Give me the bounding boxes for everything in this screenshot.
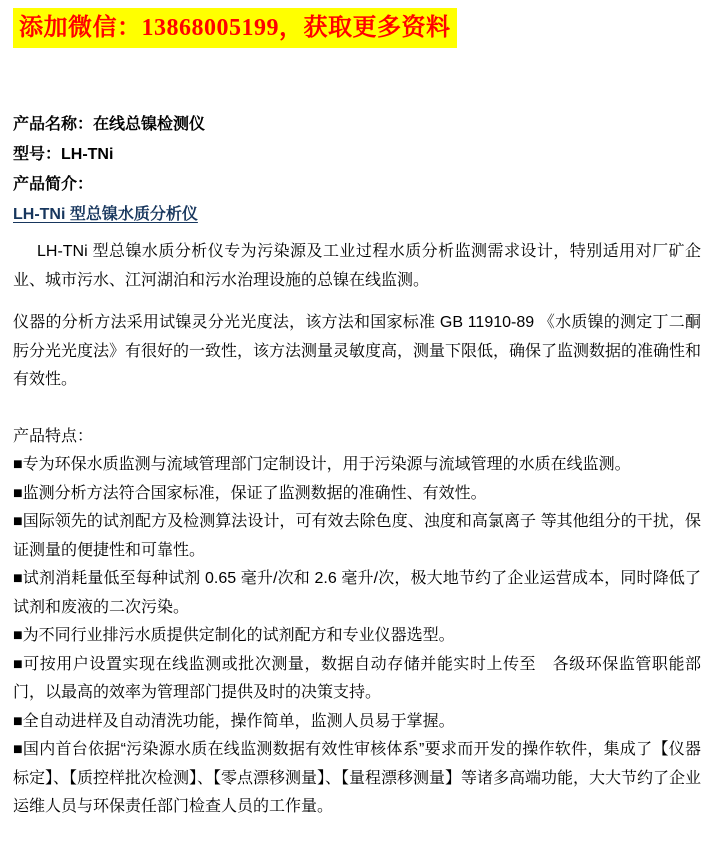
document-content: 产品名称：在线总镍检测仪 型号：LH-TNi 产品简介： LH-TNi 型总镍水… — [13, 110, 701, 822]
feature-item: ■国际领先的试剂配方及检测算法设计，可有效去除色度、浊度和高氯离子 等其他组分的… — [13, 508, 701, 565]
features-label: 产品特点： — [13, 423, 701, 452]
feature-item: ■监测分析方法符合国家标准，保证了监测数据的准确性、有效性。 — [13, 480, 701, 509]
feature-item: ■为不同行业排污水质提供定制化的试剂配方和专业仪器选型。 — [13, 622, 701, 651]
method-paragraph: 仪器的分析方法采用试镍灵分光光度法，该方法和国家标准 GB 11910-89 《… — [13, 309, 701, 395]
intro-paragraph: LH-TNi 型总镍水质分析仪专为污染源及工业过程水质分析监测需求设计，特别适用… — [13, 238, 701, 295]
feature-item: ■国内首台依据“污染源水质在线监测数据有效性审核体系”要求而开发的操作软件，集成… — [13, 736, 701, 822]
product-name-line: 产品名称：在线总镍检测仪 — [13, 110, 701, 140]
wechat-promo-banner: 添加微信：13868005199，获取更多资料 — [13, 8, 457, 48]
feature-item: ■可按用户设置实现在线监测或批次测量，数据自动存储并能实时上传至 各级环保监管职… — [13, 651, 701, 708]
document-page: 添加微信：13868005199，获取更多资料 产品名称：在线总镍检测仪 型号：… — [0, 0, 714, 841]
feature-item: ■试剂消耗量低至每种试剂 0.65 毫升/次和 2.6 毫升/次，极大地节约了企… — [13, 565, 701, 622]
analyzer-heading: LH-TNi 型总镍水质分析仪 — [13, 200, 701, 230]
feature-item: ■专为环保水质监测与流域管理部门定制设计，用于污染源与流域管理的水质在线监测。 — [13, 451, 701, 480]
product-model-line: 型号：LH-TNi — [13, 140, 701, 170]
product-intro-label: 产品简介： — [13, 170, 701, 200]
feature-item: ■全自动进样及自动清洗功能，操作简单，监测人员易于掌握。 — [13, 708, 701, 737]
